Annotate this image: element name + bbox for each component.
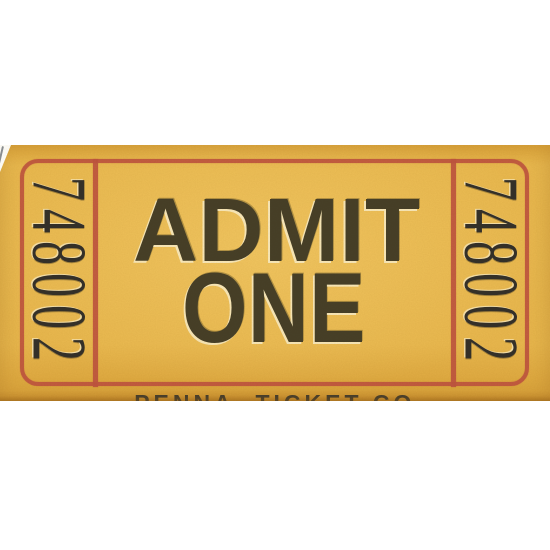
admit-one-ticket-photo: 748002 748002 ADMIT ONE PENNA. TICKET CO…: [0, 145, 550, 401]
serial-number-left: 748002: [14, 173, 101, 373]
one-text: ONE: [182, 258, 366, 357]
corner-tear-line: [0, 146, 4, 169]
page-background: 748002 748002 ADMIT ONE PENNA. TICKET CO…: [0, 0, 550, 550]
manufacturer-text-clipped: PENNA. TICKET CO.: [130, 392, 430, 401]
torn-corner-notch: [0, 145, 11, 172]
serial-number-right: 748002: [446, 173, 533, 373]
